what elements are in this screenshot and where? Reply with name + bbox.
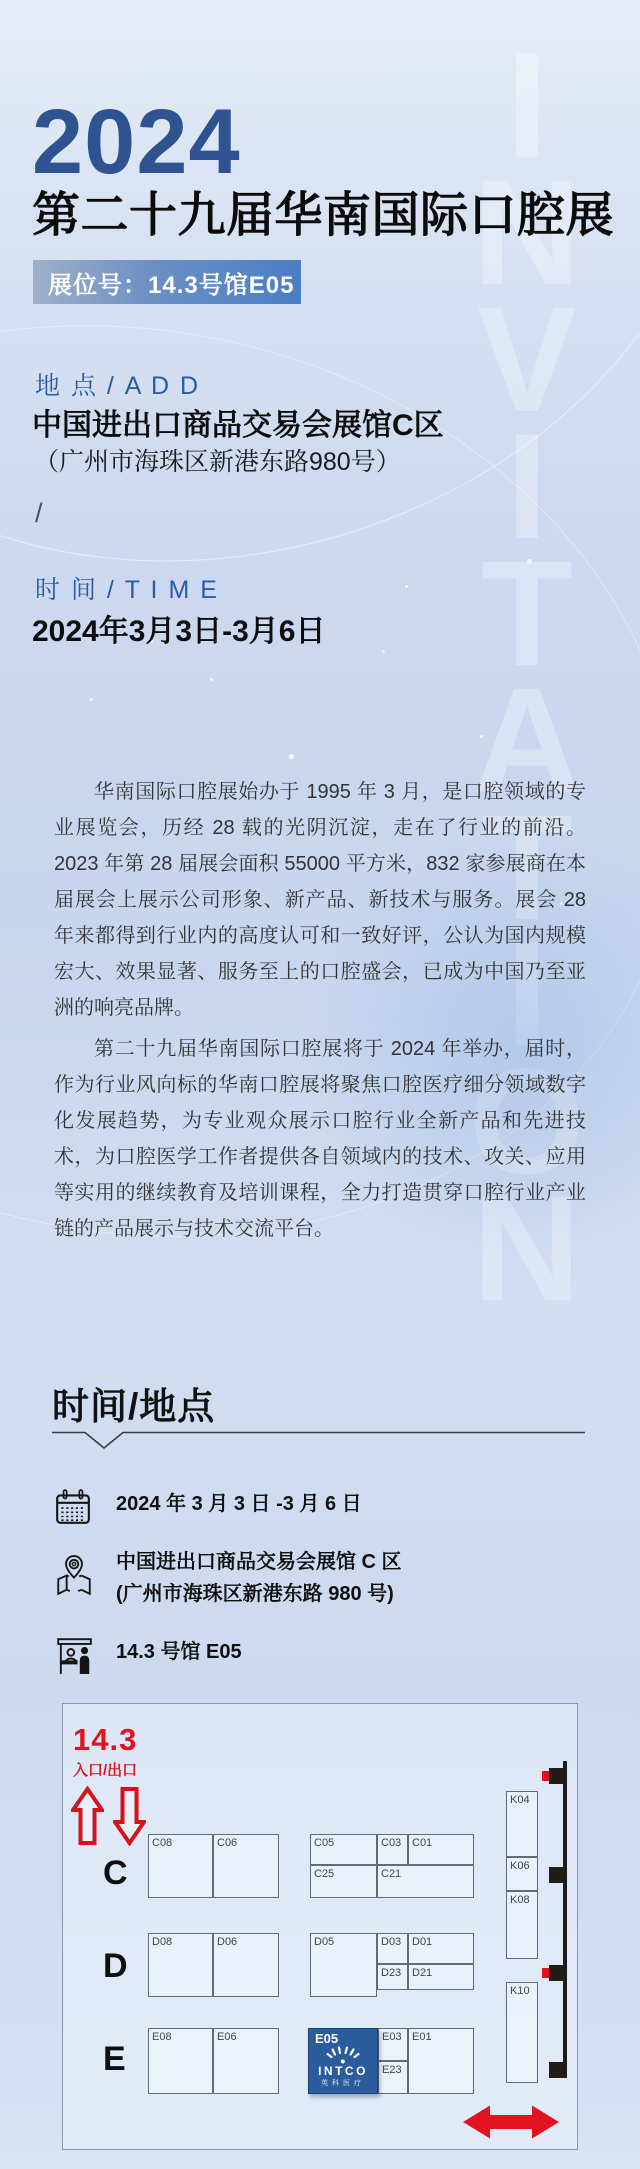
booth-number-banner: 展位号：14.3号馆E05 bbox=[33, 260, 301, 304]
entrance-exit-label: 入口/出口 bbox=[73, 1759, 137, 1780]
booth-label: K08 bbox=[507, 1892, 537, 1906]
floor-plan: 14.3 入口/出口 C D E C08C06C05C03C01C25C21D0… bbox=[62, 1703, 578, 2150]
booth-D03: D03 bbox=[377, 1933, 408, 1964]
booth-label: K10 bbox=[507, 1983, 537, 1997]
booth-C08: C08 bbox=[148, 1834, 213, 1898]
date-text: 2024 年 3 月 3 日 -3 月 6 日 bbox=[116, 1488, 362, 1520]
time-label: 时 间 / T I M E bbox=[35, 570, 219, 606]
venue-name: 中国进出口商品交易会展馆C区 bbox=[32, 400, 444, 444]
intro-paragraph-1: 华南国际口腔展始办于 1995 年 3 月，是口腔领域的专业展览会，历经 28 … bbox=[54, 774, 586, 1026]
booth-label: D21 bbox=[409, 1965, 473, 1979]
booth-E06: E06 bbox=[213, 2028, 279, 2094]
intro-text: 华南国际口腔展始办于 1995 年 3 月，是口腔领域的专业展览会，历经 28 … bbox=[54, 774, 586, 1247]
row-label-d: D bbox=[103, 1947, 128, 1986]
booth-C05: C05 bbox=[310, 1834, 377, 1865]
divider-chevron-line bbox=[52, 1431, 585, 1453]
booth-C25: C25 bbox=[310, 1865, 377, 1898]
location-icon bbox=[54, 1546, 94, 1601]
booth-K04: K04 bbox=[506, 1791, 538, 1857]
booth-D06: D06 bbox=[213, 1933, 279, 1997]
booth-label: C05 bbox=[311, 1835, 376, 1849]
booth-D21: D21 bbox=[408, 1964, 474, 1990]
venue-line-1: 中国进出口商品交易会展馆 C 区 bbox=[116, 1546, 402, 1578]
booth-E05-highlight: E05 INTCO 英科医疗 bbox=[308, 2028, 378, 2094]
booth-label: D23 bbox=[378, 1965, 407, 1979]
arrow-up-icon bbox=[71, 1786, 104, 1846]
booth-C01: C01 bbox=[408, 1834, 474, 1865]
booth-C21: C21 bbox=[377, 1865, 474, 1898]
door-red-marker bbox=[542, 1771, 549, 1781]
booth-label: D03 bbox=[378, 1934, 407, 1948]
booth-label: C01 bbox=[409, 1835, 473, 1849]
page-title: 第二十九届华南国际口腔展 bbox=[32, 188, 614, 243]
booth-label: C25 bbox=[311, 1866, 376, 1880]
booth-label: C21 bbox=[378, 1866, 473, 1880]
info-row-date: 2024 年 3 月 3 日 -3 月 6 日 bbox=[54, 1488, 362, 1531]
address-label: 地 点 / A D D bbox=[35, 366, 200, 402]
booth-E08: E08 bbox=[148, 2028, 213, 2094]
booth-E23: E23 bbox=[378, 2061, 408, 2094]
booth-C03: C03 bbox=[377, 1834, 408, 1865]
intco-brand-cn-text: 英科医疗 bbox=[309, 2080, 377, 2088]
door-marker bbox=[549, 1867, 567, 1883]
booth-D23: D23 bbox=[377, 1964, 408, 1990]
booth-label: D05 bbox=[311, 1934, 376, 1948]
info-row-venue: 中国进出口商品交易会展馆 C 区 (广州市海珠区新港东路 980 号) bbox=[54, 1546, 402, 1610]
info-row-booth: 14.3 号馆 E05 bbox=[54, 1636, 242, 1679]
venue-text: 中国进出口商品交易会展馆 C 区 (广州市海珠区新港东路 980 号) bbox=[116, 1546, 402, 1610]
year-heading: 2024 bbox=[32, 96, 241, 188]
booth-label: D08 bbox=[149, 1934, 212, 1948]
door-marker bbox=[549, 2062, 567, 2078]
booth-label: E01 bbox=[409, 2029, 473, 2043]
row-label-e: E bbox=[103, 2040, 126, 2079]
venue-line-2: (广州市海珠区新港东路 980 号) bbox=[116, 1578, 402, 1610]
booth-label: C03 bbox=[378, 1835, 407, 1849]
booth-label: K06 bbox=[507, 1858, 537, 1872]
booth-E03: E03 bbox=[378, 2028, 408, 2061]
booth-label: E23 bbox=[379, 2062, 407, 2076]
booth-K06: K06 bbox=[506, 1857, 538, 1891]
poster: INVITATION 2024 第二十九届华南国际口腔展 展位号：14.3号馆E… bbox=[0, 0, 640, 2169]
booth-label: E03 bbox=[379, 2029, 407, 2043]
booth-D01: D01 bbox=[408, 1933, 474, 1964]
entrance-arrows bbox=[71, 1786, 146, 1846]
intco-brand-text: INTCO bbox=[309, 2065, 377, 2078]
booth-C06: C06 bbox=[213, 1834, 279, 1898]
booth-K10: K10 bbox=[506, 1982, 538, 2083]
section-heading-time-place: 时间/地点 bbox=[52, 1376, 215, 1430]
booth-label: C08 bbox=[149, 1835, 212, 1849]
double-arrow-icon bbox=[463, 2102, 559, 2142]
booth-D08: D08 bbox=[148, 1933, 213, 1997]
door-red-marker bbox=[542, 1968, 549, 1978]
venue-address: （广州市海珠区新港东路980号） bbox=[34, 442, 401, 478]
row-label-c: C bbox=[103, 1854, 128, 1893]
highlight-booth-id: E05 bbox=[315, 2032, 377, 2046]
hall-number: 14.3 bbox=[73, 1722, 137, 1758]
arrow-down-icon bbox=[113, 1786, 146, 1846]
hall-wall bbox=[563, 1761, 567, 2071]
booth-text: 14.3 号馆 E05 bbox=[116, 1636, 242, 1668]
booth-label: E06 bbox=[214, 2029, 278, 2043]
calendar-icon bbox=[54, 1488, 94, 1531]
booth-label: K04 bbox=[507, 1792, 537, 1806]
booth-label: C06 bbox=[214, 1835, 278, 1849]
booth-icon bbox=[54, 1636, 94, 1679]
door-marker bbox=[549, 1768, 567, 1784]
door-marker bbox=[549, 1965, 567, 1981]
booth-label: D01 bbox=[409, 1934, 473, 1948]
separator-slash: / bbox=[35, 498, 43, 529]
booth-label: D06 bbox=[214, 1934, 278, 1948]
intco-logo-icon bbox=[325, 2046, 361, 2065]
booth-label: E08 bbox=[149, 2029, 212, 2043]
intro-paragraph-2: 第二十九届华南国际口腔展将于 2024 年举办，届时，作为行业风向标的华南口腔展… bbox=[54, 1031, 586, 1247]
event-dates: 2024年3月3日-3月6日 bbox=[32, 606, 325, 650]
booth-K08: K08 bbox=[506, 1891, 538, 1959]
booth-E01: E01 bbox=[408, 2028, 474, 2094]
booth-D05: D05 bbox=[310, 1933, 377, 1997]
